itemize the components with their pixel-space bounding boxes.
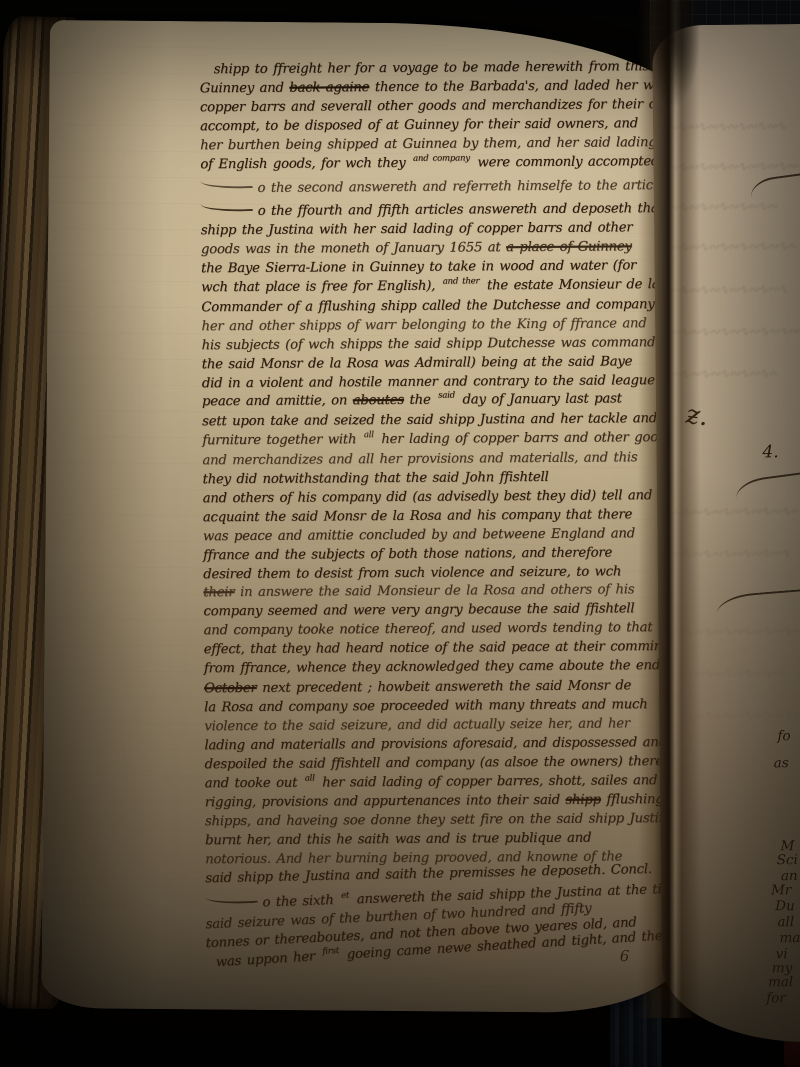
manuscript-lines: shipp to ffreight her for a voyage to be… bbox=[200, 58, 698, 974]
calligraphic-flourish bbox=[734, 472, 800, 500]
right-page-text-fragment: for bbox=[766, 990, 786, 1006]
right-page-text-fragment: mal bbox=[768, 974, 793, 990]
show-through-writing bbox=[669, 324, 799, 340]
manuscript-photograph: shipp to ffreight her for a voyage to be… bbox=[0, 0, 800, 1067]
manuscript-line: violence to the said seizure, and did ac… bbox=[204, 714, 698, 737]
calligraphic-flourish bbox=[749, 172, 800, 198]
right-page-text-fragment: Sci bbox=[777, 852, 798, 868]
manuscript-line: his subjects (of wch shipps the said shi… bbox=[202, 333, 698, 356]
calligraphic-flourish bbox=[715, 589, 800, 614]
left-page: shipp to ffreight her for a voyage to be… bbox=[41, 20, 698, 1014]
leaf-number: 4. bbox=[762, 442, 778, 462]
manuscript-line: and merchandizes and all her provisions … bbox=[202, 449, 698, 472]
show-through-writing bbox=[670, 366, 778, 382]
right-page-text-fragment: Mr bbox=[771, 882, 791, 898]
show-through-writing bbox=[671, 546, 789, 562]
right-page-text-fragment: all bbox=[777, 914, 794, 930]
show-through-writing bbox=[672, 624, 800, 640]
show-through-writing bbox=[673, 666, 785, 682]
page-bottom-mark: 6 bbox=[620, 947, 630, 965]
show-through-writing bbox=[667, 159, 799, 175]
right-page: ƶ. 4. foasMScianMrDuallmavimymalfor bbox=[652, 24, 800, 1043]
right-page-text-fragment: Du bbox=[775, 898, 795, 914]
manuscript-line: was peace and amittie concluded by and b… bbox=[203, 524, 698, 547]
right-page-text-fragment: as bbox=[774, 755, 789, 771]
manuscript-line: shipps, and haveing soe donne they sett … bbox=[205, 810, 698, 833]
manuscript-line: goods was in the moneth of January 1655 … bbox=[201, 238, 698, 261]
manuscript-line: and company tooke notice thereof, and us… bbox=[204, 619, 698, 642]
right-page-text-fragment: fo bbox=[777, 728, 790, 744]
show-through-writing bbox=[668, 239, 796, 255]
manuscript-line: o the second answereth and referreth him… bbox=[200, 176, 698, 200]
show-through-writing bbox=[667, 119, 787, 135]
show-through-writing bbox=[669, 282, 787, 298]
show-through-writing bbox=[668, 199, 778, 215]
manuscript-line: their in answere the said Monsieur de la… bbox=[203, 581, 698, 604]
show-through-writing bbox=[673, 708, 797, 724]
manuscript-line: of English goods, for wch they and compa… bbox=[200, 152, 698, 176]
quire-mark: ƶ. bbox=[684, 400, 710, 433]
show-through-writing bbox=[671, 504, 797, 520]
right-page-text-fragment: ma bbox=[779, 930, 800, 946]
manuscript-line: her burthen being shipped at Guinnea by … bbox=[200, 133, 698, 156]
